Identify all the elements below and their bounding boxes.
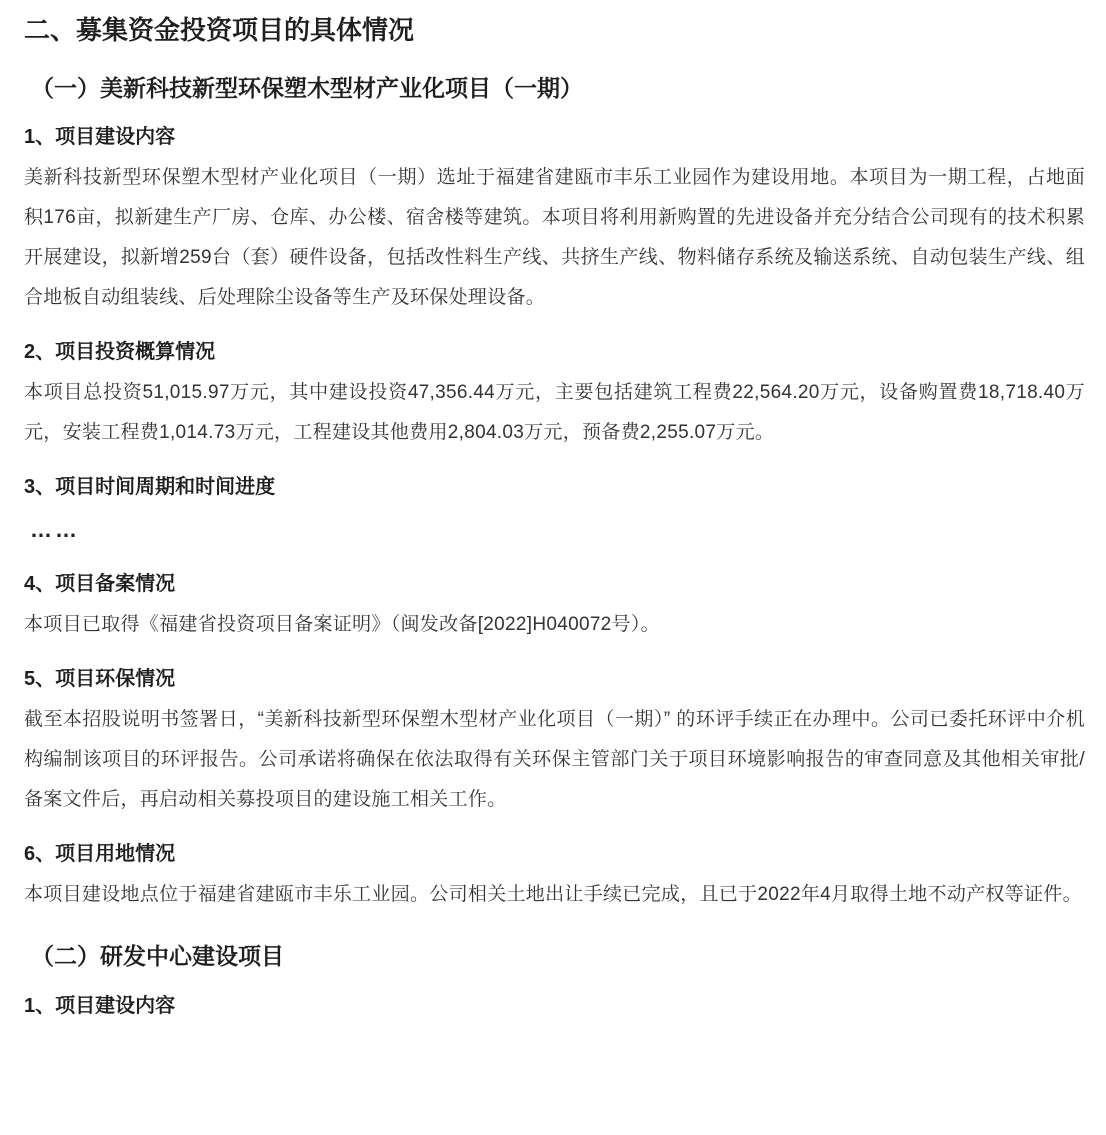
paragraph-environmental-status: 截至本招股说明书签署日，“美新科技新型环保塑木型材产业化项目（一期）” 的环评手… (24, 700, 1085, 820)
item-heading-filing-status: 4、项目备案情况 (24, 571, 1085, 597)
paragraph-filing-status: 本项目已取得《福建省投资项目备案证明》（闽发改备[2022]H040072号）。 (24, 605, 1085, 645)
subsection-1-heading: （一）美新科技新型环保塑木型材产业化项目（一期） (24, 74, 1085, 104)
item-heading-construction-content: 1、项目建设内容 (24, 124, 1085, 150)
item-heading-rd-construction-content: 1、项目建设内容 (24, 993, 1085, 1019)
paragraph-timeline-ellipsis: …… (24, 510, 1085, 550)
subsection-2-heading: （二）研发中心建设项目 (24, 942, 1085, 972)
paragraph-investment-estimate: 本项目总投资51,015.97万元，其中建设投资47,356.44万元，主要包括… (24, 373, 1085, 453)
paragraph-land-use: 本项目建设地点位于福建省建瓯市丰乐工业园。公司相关土地出让手续已完成，且已于20… (24, 875, 1085, 915)
paragraph-construction-content: 美新科技新型环保塑木型材产业化项目（一期）选址于福建省建瓯市丰乐工业园作为建设用… (24, 158, 1085, 318)
item-heading-investment-estimate: 2、项目投资概算情况 (24, 339, 1085, 365)
item-heading-environmental-status: 5、项目环保情况 (24, 666, 1085, 692)
section-title: 二、募集资金投资项目的具体情况 (24, 14, 1085, 47)
item-heading-timeline: 3、项目时间周期和时间进度 (24, 474, 1085, 500)
item-heading-land-use: 6、项目用地情况 (24, 841, 1085, 867)
prospectus-document: 二、募集资金投资项目的具体情况 （一）美新科技新型环保塑木型材产业化项目（一期）… (0, 0, 1106, 1049)
